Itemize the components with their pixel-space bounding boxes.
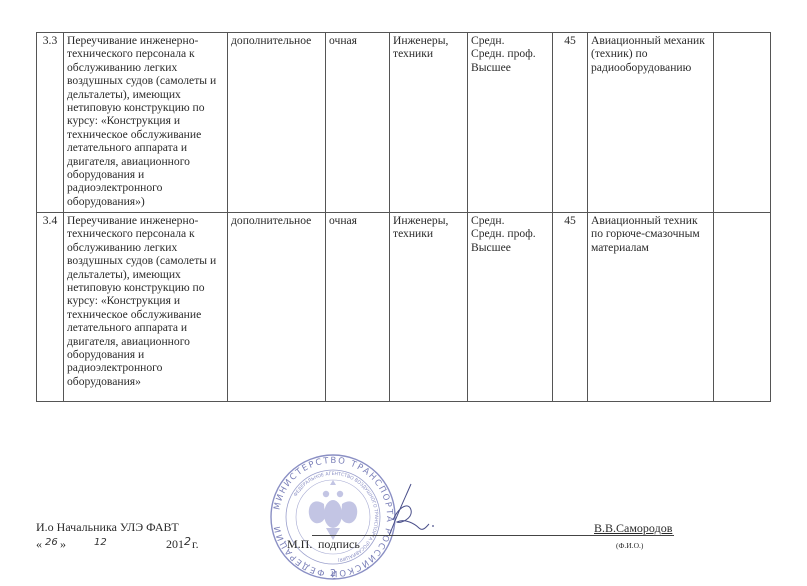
program-type: дополнительное — [228, 33, 326, 213]
program-type: дополнительное — [228, 213, 326, 402]
row-number: 3.4 — [37, 213, 64, 402]
study-form: очная — [326, 33, 390, 213]
stamp-number: 2 — [330, 568, 336, 579]
extra-cell — [714, 213, 771, 402]
date-open-quote: « — [36, 537, 42, 551]
program-name: Переучивание инженерно-технического перс… — [64, 213, 228, 402]
education-line: Средн. проф. — [471, 227, 549, 240]
signer-name: В.В.Самородов — [594, 521, 672, 536]
student-category: Инженеры, техники — [390, 33, 468, 213]
education-line: Средн. проф. — [471, 47, 549, 60]
date-day: 26 — [45, 536, 58, 550]
education-level: Средн. Средн. проф. Высшее — [468, 33, 553, 213]
handwritten-signature-icon — [375, 480, 455, 540]
date-year-prefix: 201 — [166, 537, 184, 551]
extra-cell — [714, 33, 771, 213]
date-close-quote: » — [60, 537, 66, 551]
program-name: Переучивание инженерно-технического перс… — [64, 33, 228, 213]
row-number: 3.3 — [37, 33, 64, 213]
student-category: Инженеры, техники — [390, 213, 468, 402]
qualification: Авиационный механик (техник) по радиообо… — [588, 33, 714, 213]
education-level: Средн. Средн. проф. Высшее — [468, 213, 553, 402]
date-year-unit: г. — [192, 537, 199, 551]
education-line: Средн. — [471, 214, 549, 227]
table-row: 3.3 Переучивание инженерно-технического … — [37, 33, 771, 213]
signer-position: И.о Начальника УЛЭ ФАВТ — [36, 521, 179, 534]
study-form: очная — [326, 213, 390, 402]
education-line: Высшее — [471, 61, 549, 74]
date-year-suffix: 2 — [184, 535, 191, 549]
name-caption: (Ф.И.О.) — [616, 541, 643, 550]
hours: 45 — [553, 213, 588, 402]
education-line: Средн. — [471, 34, 549, 47]
qualification: Авиационный техник по горюче-смазочным м… — [588, 213, 714, 402]
programs-table: 3.3 Переучивание инженерно-технического … — [36, 32, 771, 402]
hours: 45 — [553, 33, 588, 213]
date-month: 12 — [94, 536, 107, 550]
education-line: Высшее — [471, 241, 549, 254]
table-row: 3.4 Переучивание инженерно-технического … — [37, 213, 771, 402]
stamp-label: М.П. — [287, 537, 312, 552]
signature-label: подпись — [318, 537, 360, 552]
